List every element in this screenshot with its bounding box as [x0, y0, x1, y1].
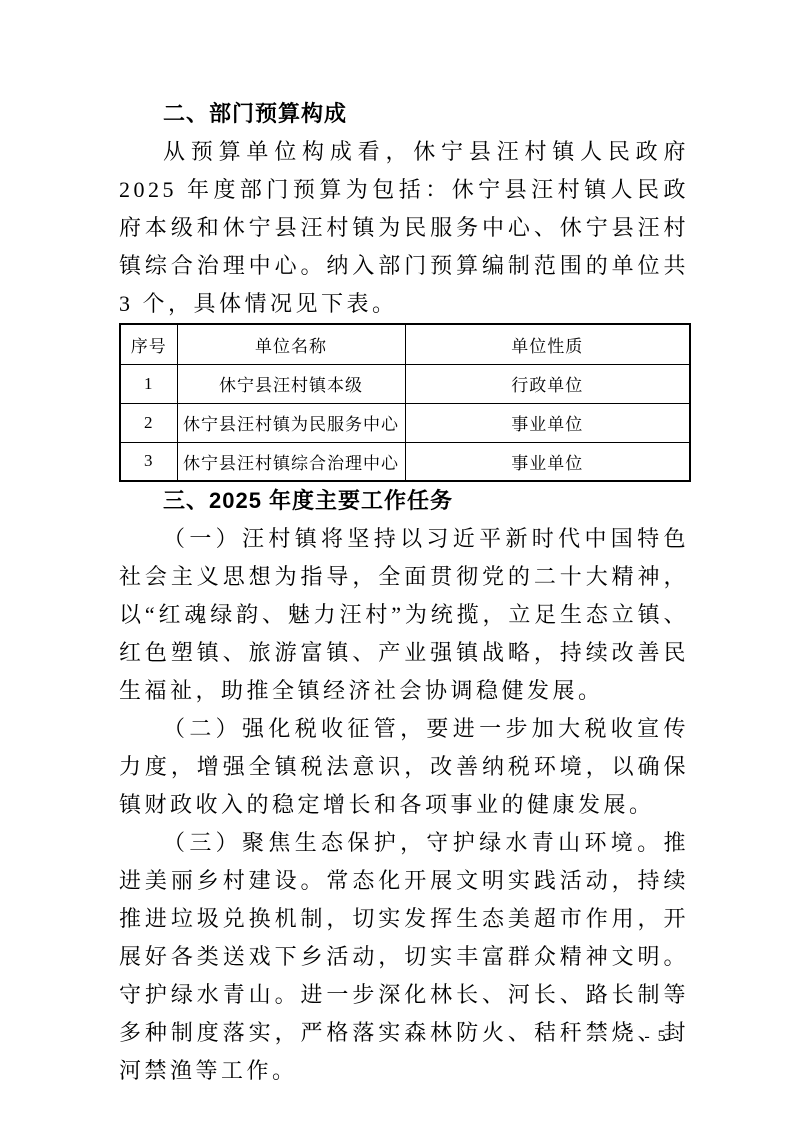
page-number: - 5 - [644, 1028, 681, 1046]
cell-unit-name: 休宁县汪村镇综合治理中心 [177, 442, 405, 481]
cell-index: 1 [120, 364, 177, 403]
col-header-index: 序号 [120, 324, 177, 364]
table-header-row: 序号 单位名称 单位性质 [120, 324, 690, 364]
budget-units-table: 序号 单位名称 单位性质 1 休宁县汪村镇本级 行政单位 2 休宁县汪村镇为民服… [119, 323, 691, 482]
cell-index: 3 [120, 442, 177, 481]
cell-unit-name: 休宁县汪村镇本级 [177, 364, 405, 403]
document-content: 二、部门预算构成 从预算单位构成看，休宁县汪村镇人民政府 2025 年度部门预算… [119, 95, 689, 1090]
cell-unit-type: 事业单位 [405, 403, 690, 442]
cell-unit-name: 休宁县汪村镇为民服务中心 [177, 403, 405, 442]
table-row: 2 休宁县汪村镇为民服务中心 事业单位 [120, 403, 690, 442]
table-row: 3 休宁县汪村镇综合治理中心 事业单位 [120, 442, 690, 481]
section3-paragraph-2: （二）强化税收征管，要进一步加大税收宣传力度，增强全镇税法意识，改善纳税环境，以… [119, 710, 689, 824]
col-header-unit-type: 单位性质 [405, 324, 690, 364]
section2-heading: 二、部门预算构成 [119, 95, 689, 133]
document-page: 二、部门预算构成 从预算单位构成看，休宁县汪村镇人民政府 2025 年度部门预算… [0, 0, 793, 1122]
section2-paragraph: 从预算单位构成看，休宁县汪村镇人民政府 2025 年度部门预算为包括：休宁县汪村… [119, 133, 689, 323]
cell-unit-type: 行政单位 [405, 364, 690, 403]
section3-heading: 三、2025 年度主要工作任务 [119, 482, 689, 520]
section3-paragraph-3: （三）聚焦生态保护，守护绿水青山环境。推进美丽乡村建设。常态化开展文明实践活动，… [119, 824, 689, 1090]
table-row: 1 休宁县汪村镇本级 行政单位 [120, 364, 690, 403]
col-header-unit-name: 单位名称 [177, 324, 405, 364]
section3-paragraph-1: （一）汪村镇将坚持以习近平新时代中国特色社会主义思想为指导，全面贯彻党的二十大精… [119, 520, 689, 710]
cell-unit-type: 事业单位 [405, 442, 690, 481]
cell-index: 2 [120, 403, 177, 442]
